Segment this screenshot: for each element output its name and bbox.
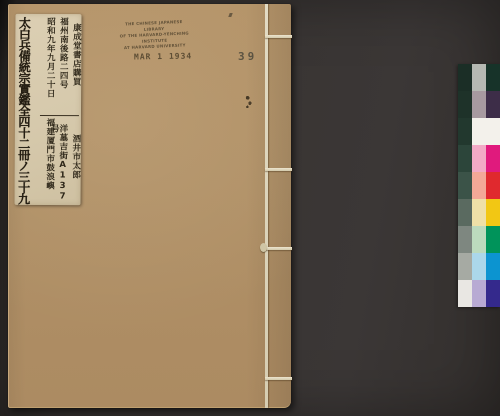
- color-patch: [458, 253, 472, 280]
- color-patch: [486, 64, 500, 91]
- binding-stitch-2: [265, 168, 292, 171]
- color-patch: [458, 172, 472, 199]
- color-patch: [458, 118, 472, 145]
- label-title-text: 太白兵備統宗實鑑全四十二冊ノ三十九: [18, 17, 31, 203]
- color-patch: [486, 145, 500, 172]
- label-column-street: 洋墓吉街A137号: [54, 118, 67, 204]
- binding-thread-knot: [260, 243, 267, 252]
- label-column-date: 昭和九年九月二十日: [41, 17, 55, 115]
- binding-stitch-4: [265, 377, 292, 380]
- color-patch: [486, 280, 500, 307]
- tint-patch-column: [472, 64, 486, 307]
- grayscale-wedge-column: [458, 64, 472, 307]
- color-patch: [472, 145, 486, 172]
- label-column-owner-name: 酒井市太郎: [67, 118, 80, 204]
- binding-thread-vertical: [265, 4, 268, 408]
- color-patch: [458, 199, 472, 226]
- color-patch: [486, 118, 500, 145]
- photo-backdrop: 太白兵備統宗實鑑全四十二冊ノ三十九 昭和九年九月二十日 福州南後路二四号 康成堂…: [0, 0, 500, 416]
- date-stamp: MAR 1 1934: [134, 51, 192, 61]
- label-divider-line: [40, 115, 79, 116]
- ink-speck: [228, 13, 232, 17]
- color-patch: [472, 226, 486, 253]
- color-patch: [458, 226, 472, 253]
- color-patch: [486, 226, 500, 253]
- color-patch: [458, 280, 472, 307]
- color-patch: [472, 91, 486, 118]
- library-stamp: THE CHINESE JAPANESE LIBRARY OF THE HARV…: [119, 19, 190, 52]
- color-patch: [486, 253, 500, 280]
- book-cover: 太白兵備統宗實鑑全四十二冊ノ三十九 昭和九年九月二十日 福州南後路二四号 康成堂…: [8, 4, 291, 408]
- binding-stitch-3: [265, 247, 292, 250]
- label-purchase-block: 昭和九年九月二十日 福州南後路二四号 康成堂書店購買: [41, 17, 81, 115]
- color-patch: [472, 172, 486, 199]
- ink-blot-mark: [244, 96, 253, 110]
- label-owner-block: 福建厦門市鼓浪嶼 洋墓吉街A137号 酒井市太郎: [41, 118, 80, 204]
- color-patch: [486, 199, 500, 226]
- copy-number: 39: [238, 50, 257, 63]
- color-patch: [472, 199, 486, 226]
- color-calibration-bar: [458, 64, 500, 307]
- color-patch: [458, 145, 472, 172]
- label-column-address: 福州南後路二四号: [54, 17, 68, 115]
- color-patch: [486, 91, 500, 118]
- color-patch: [472, 118, 486, 145]
- paper-label: 太白兵備統宗實鑑全四十二冊ノ三十九 昭和九年九月二十日 福州南後路二四号 康成堂…: [15, 14, 82, 205]
- color-patch: [472, 253, 486, 280]
- color-patch: [486, 172, 500, 199]
- color-patch: [472, 280, 486, 307]
- color-patch: [472, 64, 486, 91]
- color-patch: [458, 64, 472, 91]
- label-column-bookstore: 康成堂書店購買: [67, 17, 81, 115]
- color-patch: [458, 91, 472, 118]
- binding-stitch-1: [265, 35, 292, 38]
- solid-patch-column: [486, 64, 500, 307]
